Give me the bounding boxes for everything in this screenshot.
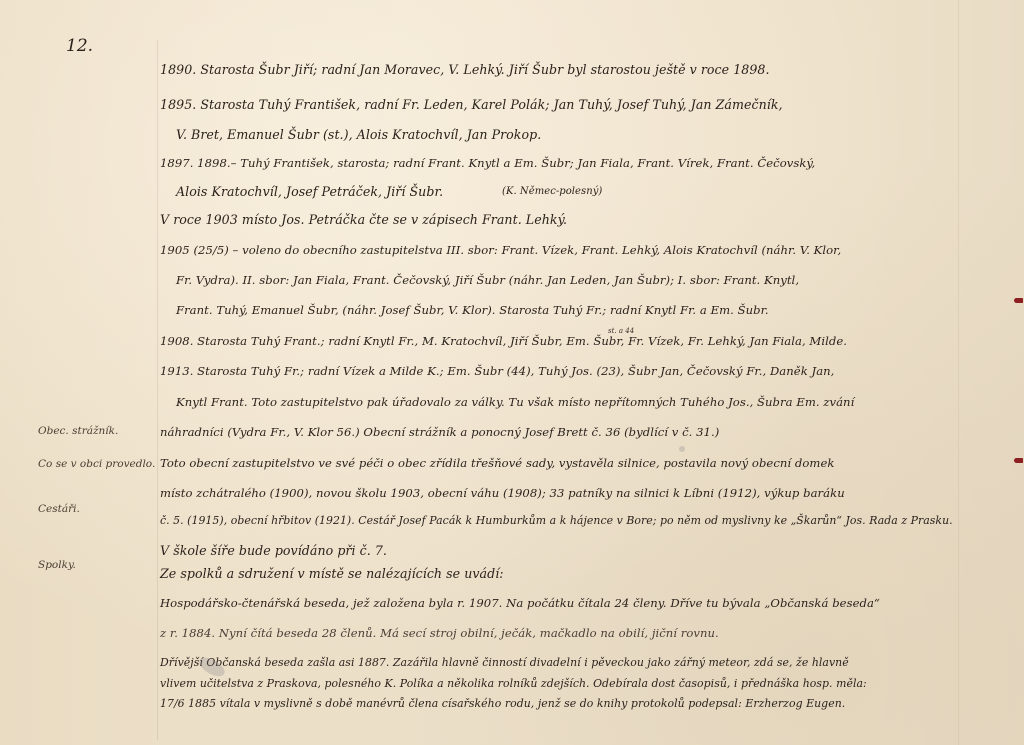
right-margin-rule bbox=[958, 0, 959, 745]
text-line-vlivem-ucitelstva: vlivem učitelstva z Praskova, polesného … bbox=[160, 677, 867, 690]
text-line-1913-cont: Knytl Frant. Toto zastupitelstvo pak úřa… bbox=[176, 395, 854, 409]
text-line-ze-spolku: Ze spolků a sdružení v místě se nalézají… bbox=[160, 566, 504, 581]
margin-label-obec-straznik: Obec. strážník. bbox=[38, 425, 118, 437]
margin-label-co-se-v-obci-provedlo: Co se v obci provedlo. bbox=[38, 458, 155, 470]
margin-label-cestari: Cestáři. bbox=[38, 503, 80, 515]
text-line-1897-cont: Alois Kratochvíl, Josef Petráček, Jiří Š… bbox=[176, 184, 443, 199]
text-line-1890: 1890. Starosta Šubr Jiří; radní Jan Mora… bbox=[160, 62, 770, 77]
text-line-mista-zchatraleho: místo zchátralého (1900), novou školu 19… bbox=[160, 486, 845, 500]
text-line-1905: 1905 (25/5) – voleno do obecního zastupi… bbox=[160, 243, 841, 257]
text-line-v-skole: V škole šíře bude povídáno při č. 7. bbox=[160, 543, 387, 558]
margin-rule bbox=[157, 40, 158, 740]
text-line-z-r-1884: z r. 1884. Nyní čítá beseda 28 členů. Má… bbox=[160, 626, 719, 640]
text-line-obecni-zastupitelstvo: Toto obecní zastupitelstvo ve své péči o… bbox=[160, 456, 834, 470]
red-seal-mark bbox=[1014, 458, 1023, 463]
paper-stain bbox=[679, 446, 685, 452]
text-line-hospodarsko-ctenarska-beseda: Hospodářsko-čtenářská beseda, jež založe… bbox=[160, 596, 880, 610]
text-line-drivejsi-obcanska-beseda: Dřívější Občanská beseda zašla asi 1887.… bbox=[160, 656, 849, 669]
page-number: 12. bbox=[66, 36, 93, 56]
text-line-1908: 1908. Starosta Tuhý Frant.; radní Knytl … bbox=[160, 334, 847, 348]
manuscript-page: 12. Obec. strážník. Co se v obci provedl… bbox=[0, 0, 1024, 745]
text-line-erzherzog-eugen: 17/6 1885 vítala v myslivně s době manév… bbox=[160, 697, 845, 710]
text-line-1905-cont-2: Frant. Tuhý, Emanuel Šubr, (náhr. Josef … bbox=[176, 303, 769, 317]
text-line-1897: 1897. 1898.– Tuhý František, starosta; r… bbox=[160, 156, 815, 170]
red-seal-mark bbox=[1014, 298, 1023, 303]
text-line-1913: 1913. Starosta Tuhý Fr.; radní Vízek a M… bbox=[160, 364, 834, 378]
text-line-1903: V roce 1903 místo Jos. Petráčka čte se v… bbox=[160, 212, 567, 227]
text-line-1895: 1895. Starosta Tuhý František, radní Fr.… bbox=[160, 97, 783, 112]
text-line-1905-cont-1: Fr. Vydra). II. sbor: Jan Fiala, Frant. … bbox=[176, 273, 799, 287]
text-line-cestar: č. 5. (1915), obecní hřbitov (1921). Ces… bbox=[160, 514, 953, 527]
margin-label-spolky: Spolky. bbox=[38, 559, 76, 571]
text-line-1895-cont: V. Bret, Emanuel Šubr (st.), Alois Krato… bbox=[176, 127, 541, 142]
text-line-obecni-straznik: náhradníci (Vydra Fr., V. Klor 56.) Obec… bbox=[160, 425, 719, 439]
polesny-note: (K. Němec-polesný) bbox=[502, 186, 602, 197]
